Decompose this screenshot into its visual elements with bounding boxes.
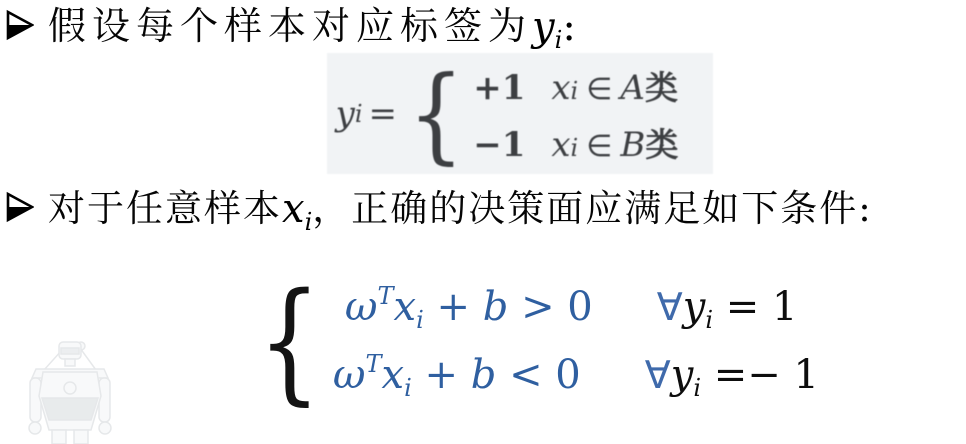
math-sub-i: i [305,208,313,236]
formula1-case-a: +1xi∈A类 [473,62,678,109]
formula1-case-b: −1xi∈B类 [473,119,678,166]
formula1-cases: +1xi∈A类 −1xi∈B类 [473,62,678,166]
math-var-omega: ω [345,284,378,330]
math-var-x: x [282,186,305,232]
case-value: +1 [473,68,525,108]
math-sub-i: i [355,100,363,128]
expr-blue: ωTxi + b > 0 [345,284,593,330]
math-var-y: y [336,94,355,134]
equals-sign: = [369,94,398,134]
formula2: { ωTxi + b > 0∀yi = 1 ωTxi + b < 0∀yi =−… [250,282,819,402]
set-b-label: 类 [645,119,678,166]
formula2-rows: ωTxi + b > 0∀yi = 1 ωTxi + b < 0∀yi =− 1 [333,282,819,402]
math-sub-i: i [416,306,424,334]
arrowhead-bullet-icon [6,191,34,227]
bullet1-math: yi: [532,4,576,54]
math-sub-i: i [705,306,713,334]
plus-sign: + [425,352,459,398]
element-of-sign: ∈ [586,129,612,164]
math-sub-i: i [571,77,579,105]
math-var-x: x [551,68,570,108]
bullet-line-1: 假设每个样本对应标签为 yi: [6,4,576,54]
math-var-y: y [683,284,706,330]
math-var-x: x [382,352,405,398]
math-sub-i: i [693,374,701,402]
math-var-x: x [394,284,417,330]
forall-sign: ∀ [657,285,683,329]
bullet-line-2: 对于任意样本 xi ，正确的决策面应满足如下条件: [6,186,873,236]
math-var-b: b [471,352,497,398]
rhs-value: =− 1 [714,352,819,398]
math-var-omega: ω [333,352,366,398]
math-sub-i: i [571,134,579,162]
formula1-image: yi= { +1xi∈A类 −1xi∈B类 [327,53,713,174]
rhs-black: yi = 1 [683,284,798,330]
robot-watermark-icon [14,336,126,444]
math-var-y: y [532,4,555,50]
comparison: < 0 [509,352,581,398]
forall-sign: ∀ [645,353,671,397]
set-a-var: A [620,68,645,108]
formula2-row-1: ωTxi + b > 0∀yi = 1 [333,282,819,334]
element-of-sign: ∈ [586,72,612,107]
bullet2-text-after: ，正确的决策面应满足如下条件: [312,186,872,232]
math-sup-T: T [366,350,382,378]
rhs-black: yi =− 1 [671,352,819,398]
bullet1-colon: : [562,4,575,50]
slide: 假设每个样本对应标签为 yi: yi= { +1xi∈A类 −1xi∈B类 对于… [0,0,966,444]
bullet1-text: 假设每个样本对应标签为 [48,4,532,50]
math-sub-i: i [404,374,412,402]
plus-sign: + [437,284,471,330]
math-sup-T: T [378,282,394,310]
math-var-x: x [551,125,570,165]
math-var-b: b [483,284,509,330]
set-a-label: 类 [645,62,678,109]
bullet2-text-before: 对于任意样本 [48,186,282,232]
math-var-y: y [671,352,694,398]
case-value: −1 [473,125,525,165]
arrowhead-bullet-icon [6,9,34,45]
formula1-lhs: yi= [336,94,397,134]
rhs-value: = 1 [726,284,798,330]
expr-blue: ωTxi + b < 0 [333,352,581,398]
formula2-row-2: ωTxi + b < 0∀yi =− 1 [333,350,819,402]
comparison: > 0 [521,284,593,330]
bullet2-math: xi [282,186,312,236]
set-b-var: B [620,125,645,165]
